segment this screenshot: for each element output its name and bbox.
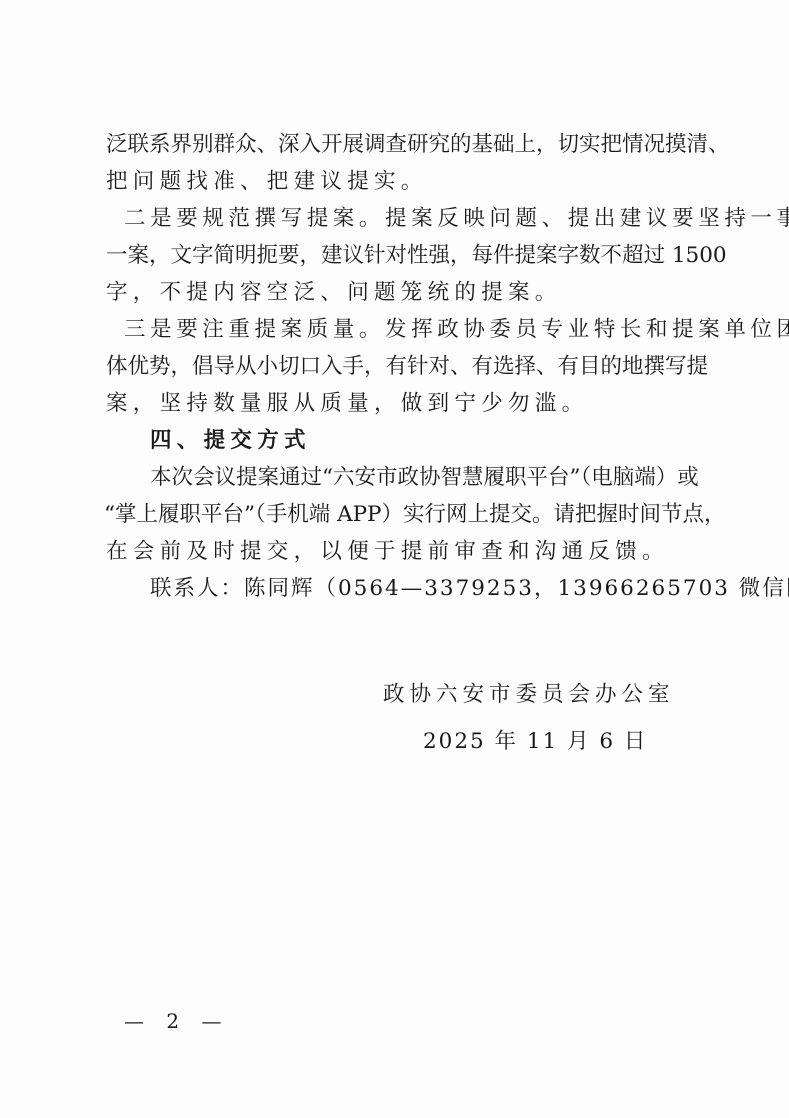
- paragraph-line: 把问题找准、把建议提实。: [106, 169, 686, 195]
- paragraph-line: 泛联系界别群众、深入开展调查研究的基础上，切实把情况摸清、: [106, 132, 686, 158]
- paragraph-text: 提案反映问题、提出建议要坚持一事: [385, 206, 789, 231]
- paragraph-line: 本次会议提案通过“六安市政协智慧履职平台”（电脑端）或: [150, 465, 686, 491]
- signature-organization: 政协六安市委员会办公室: [383, 682, 675, 708]
- contact-line: 联系人：陈同辉（0564—3379253，13966265703 微信同号）。: [150, 576, 730, 602]
- paragraph-line: 一案，文字简明扼要，建议针对性强，每件提案字数不超过 1500: [106, 243, 686, 269]
- signature-date: 2025 年 11 月 6 日: [423, 729, 647, 755]
- document-page: 泛联系界别群众、深入开展调查研究的基础上，切实把情况摸清、 把问题找准、把建议提…: [0, 0, 789, 1118]
- section-heading: 四、提交方式: [150, 428, 730, 454]
- paragraph-line: 字，不提内容空泛、问题笼统的提案。: [106, 280, 686, 306]
- paragraph-2-first-line: 二是要规范撰写提案。提案反映问题、提出建议要坚持一事: [124, 206, 686, 232]
- paragraph-3-first-line: 三是要注重提案质量。发挥政协委员专业特长和提案单位团: [124, 317, 686, 343]
- paragraph-line: “掌上履职平台”（手机端 APP）实行网上提交。请把握时间节点，: [104, 502, 688, 528]
- paragraph-line: 在会前及时提交，以便于提前审查和沟通反馈。: [106, 539, 686, 565]
- paragraph-line: 体优势，倡导从小切口入手，有针对、有选择、有目的地撰写提: [106, 354, 686, 380]
- paragraph-lead: 二是要规范撰写提案。: [124, 206, 385, 231]
- paragraph-line: 案，坚持数量服从质量，做到宁少勿滥。: [106, 391, 686, 417]
- paragraph-lead: 三是要注重提案质量。: [124, 317, 385, 342]
- paragraph-text: 发挥政协委员专业特长和提案单位团: [385, 317, 789, 342]
- page-number: — 2 —: [124, 1009, 229, 1033]
